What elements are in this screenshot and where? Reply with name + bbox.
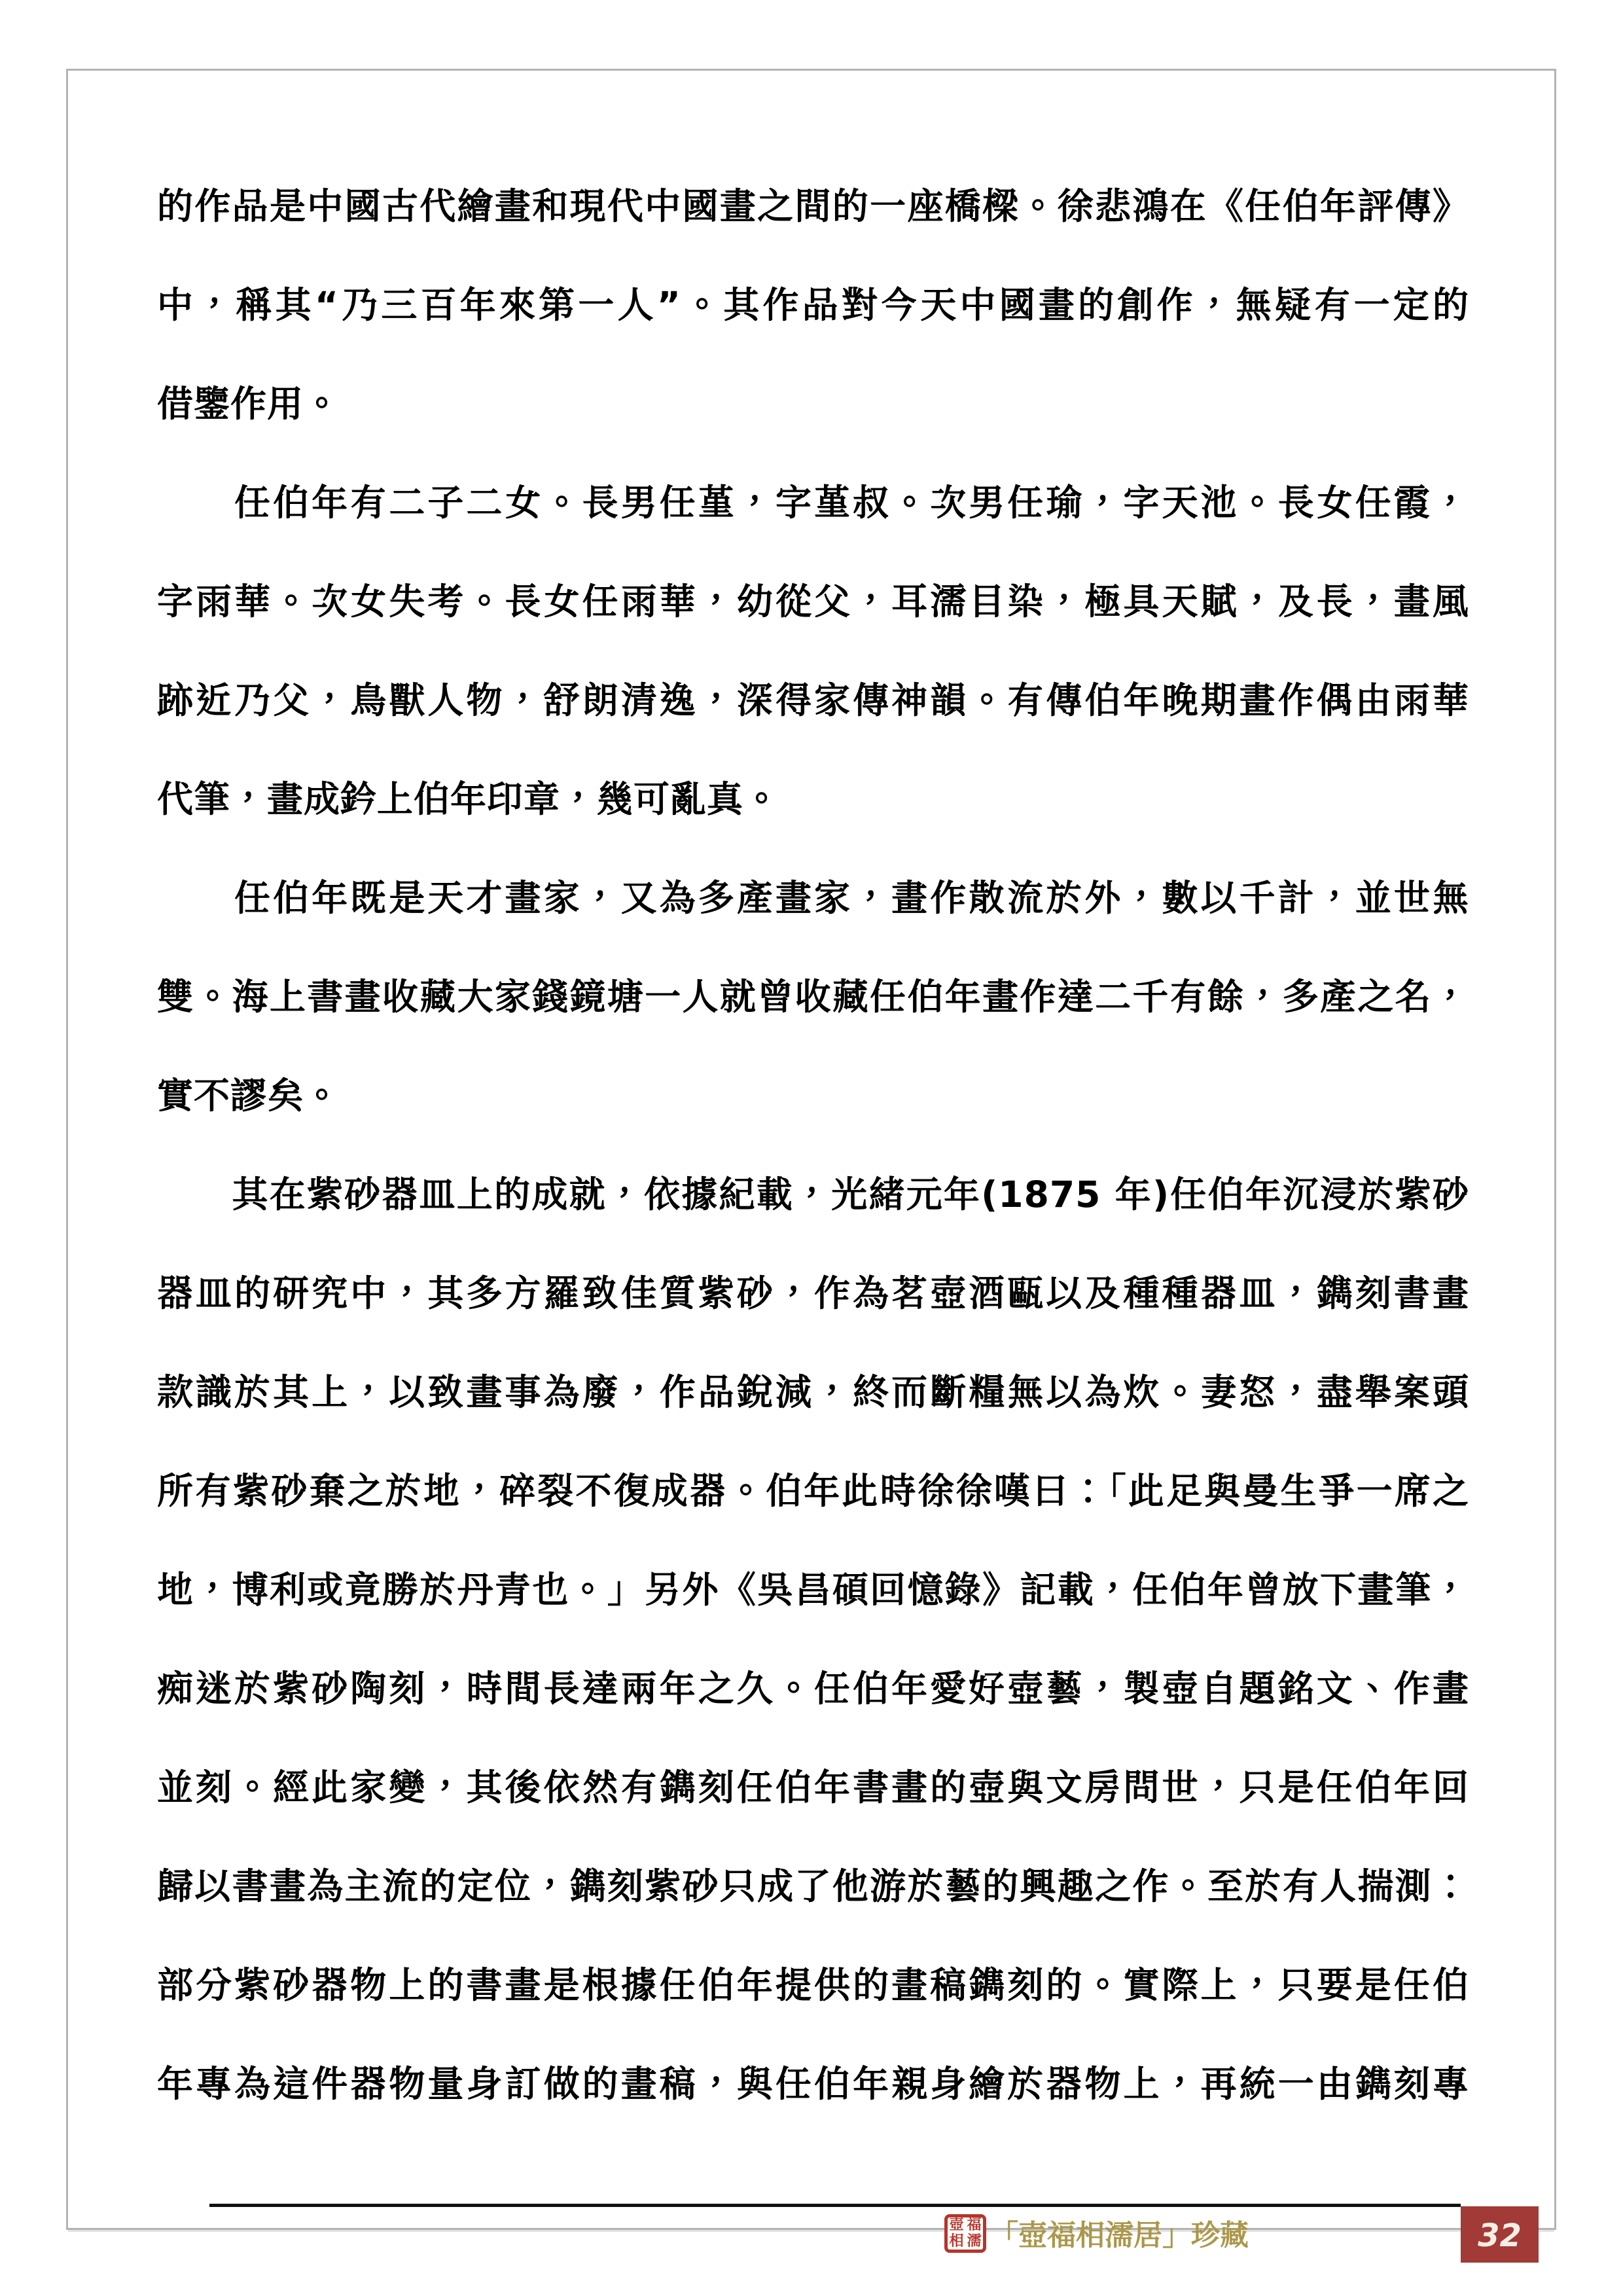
text-line: 部分紫砂器物上的書畫是根據任伯年提供的畫稿鐫刻的。實際上，只要是任伯: [157, 1936, 1469, 2035]
page-number-badge: 32: [1461, 2206, 1539, 2263]
text-line: 雙。海上書畫收藏大家錢鏡塘一人就曾收藏任伯年畫作達二千有餘，多產之名，: [157, 948, 1469, 1047]
seal-character: 福: [965, 2217, 983, 2234]
text-line: 歸以書畫為主流的定位，鐫刻紫砂只成了他游於藝的興趣之作。至於有人揣測：: [157, 1837, 1469, 1936]
text-line: 款識於其上，以致畫事為廢，作品銳減，終而斷糧無以為炊。妻怒，盡舉案頭: [157, 1343, 1469, 1442]
text-line: 任伯年有二子二女。長男任堇，字堇叔。次男任瑜，字天池。長女任霞，: [157, 454, 1469, 552]
text-line: 借鑒作用。: [157, 355, 1469, 454]
text-line: 中，稱其“乃三百年來第一人”。其作品對今天中國畫的創作，無疑有一定的: [157, 256, 1469, 355]
seal-character: 濡: [965, 2234, 983, 2250]
text-line: 的作品是中國古代繪畫和現代中國畫之間的一座橋樑。徐悲鴻在《任伯年評傳》: [157, 157, 1469, 256]
text-line: 任伯年既是天才畫家，又為多產畫家，畫作散流於外，數以千計，並世無: [157, 849, 1469, 948]
text-line: 器皿的研究中，其多方羅致佳質紫砂，作為茗壺酒甌以及種種器皿，鐫刻書畫: [157, 1244, 1469, 1343]
text-line: 字雨華。次女失考。長女任雨華，幼從父，耳濡目染，極具天賦，及長，畫風: [157, 552, 1469, 651]
text-line: 代筆，畫成鈐上伯年印章，幾可亂真。: [157, 750, 1469, 849]
seal-character: 相: [948, 2234, 965, 2250]
text-line: 年專為這件器物量身訂做的畫稿，與任伯年親身繪於器物上，再統一由鐫刻專: [157, 2035, 1469, 2134]
footer-rule: [209, 2204, 1461, 2207]
text-line: 並刻。經此家變，其後依然有鐫刻任伯年書畫的壺與文房問世，只是任伯年回: [157, 1738, 1469, 1837]
text-line: 地，博利或竟勝於丹青也。」另外《吳昌碩回憶錄》記載，任伯年曾放下畫筆，: [157, 1541, 1469, 1640]
text-line: 實不謬矣。: [157, 1047, 1469, 1145]
seal-character: 壺: [948, 2217, 965, 2234]
document-page: { "document": { "language": "zh-Hant", "…: [0, 0, 1623, 2296]
body-text: 的作品是中國古代繪畫和現代中國畫之間的一座橋樑。徐悲鴻在《任伯年評傳》中，稱其“…: [157, 157, 1469, 2134]
page-number: 32: [1478, 2217, 1522, 2254]
collection-label: 「壺福相濡居」珍藏: [990, 2216, 1249, 2255]
collection-seal-icon: 壺福相濡: [944, 2214, 986, 2253]
text-line: 痴迷於紫砂陶刻，時間長達兩年之久。任伯年愛好壺藝，製壺自題銘文、作畫: [157, 1640, 1469, 1738]
text-line: 其在紫砂器皿上的成就，依據紀載，光緒元年(1875 年)任伯年沉浸於紫砂: [157, 1145, 1469, 1244]
text-line: 所有紫砂棄之於地，碎裂不復成器。伯年此時徐徐嘆曰：「此足與曼生爭一席之: [157, 1442, 1469, 1541]
text-line: 跡近乃父，鳥獸人物，舒朗清逸，深得家傳神韻。有傳伯年晚期畫作偶由雨華: [157, 651, 1469, 750]
